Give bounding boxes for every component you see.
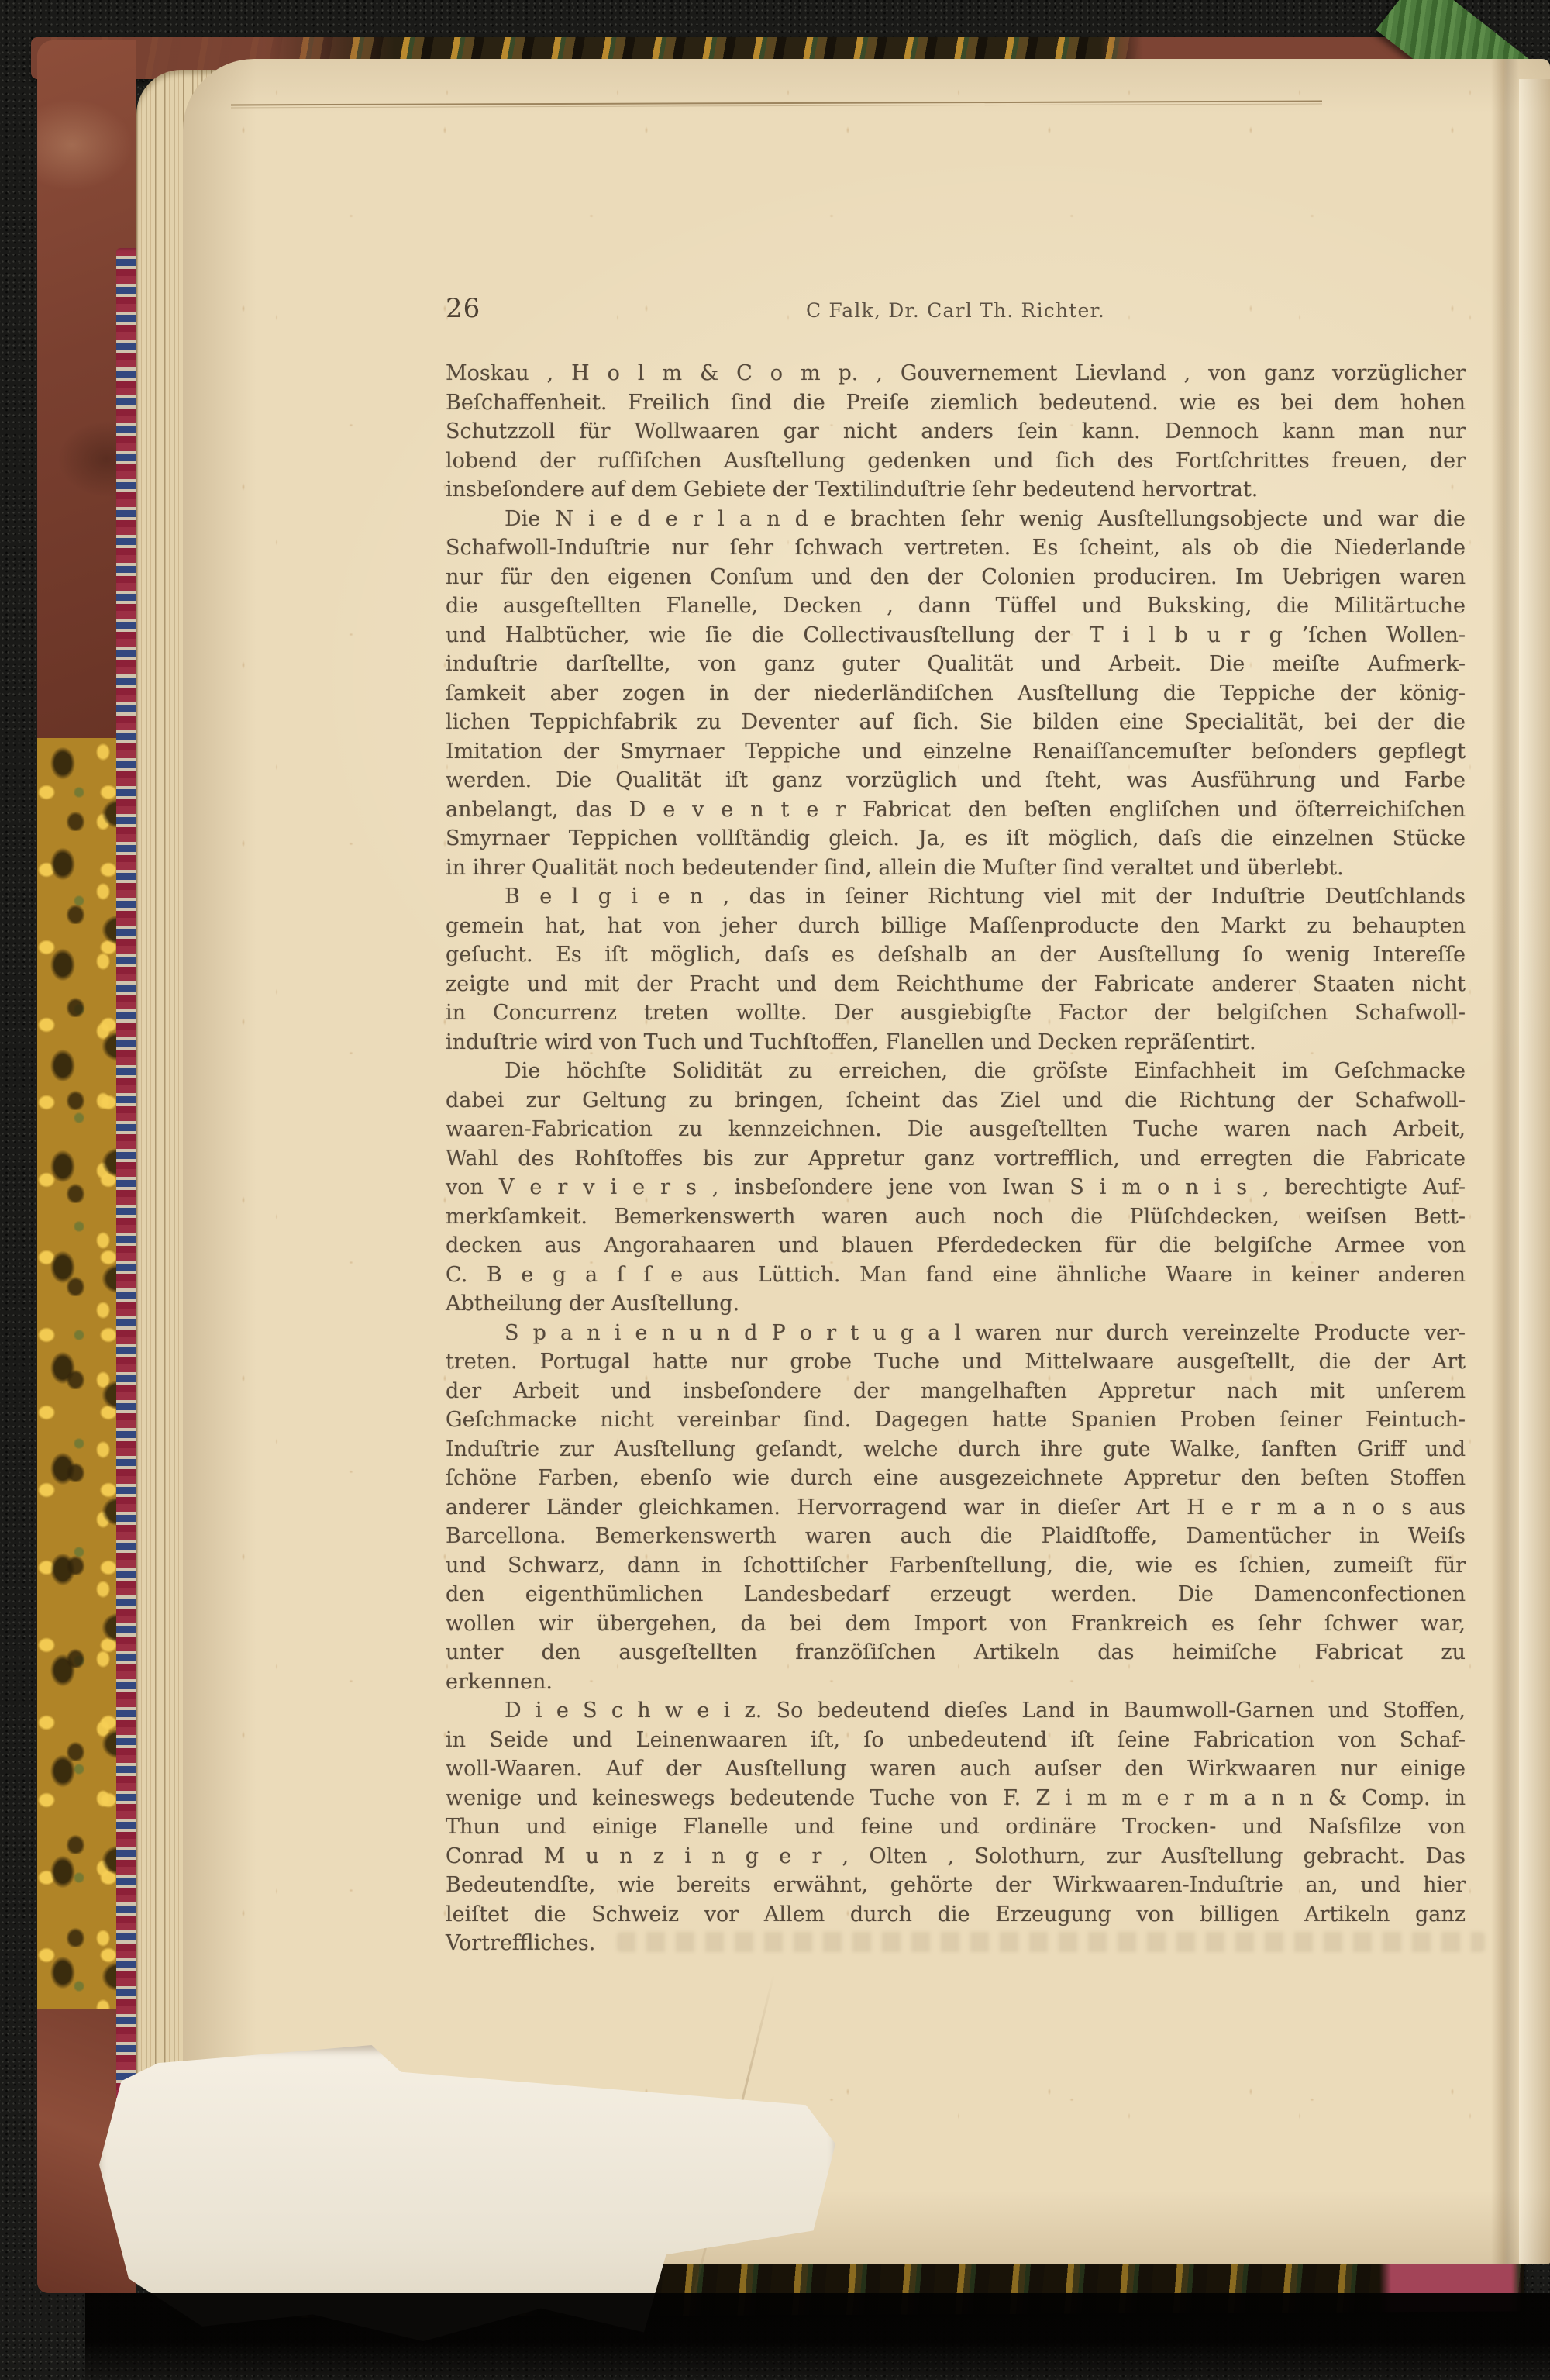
text-line: waaren-Fabrication zu kennzeichnen. Die …	[446, 1115, 1466, 1144]
text-line: merkſamkeit. Bemerkenswerth waren auch n…	[446, 1202, 1466, 1232]
text-line: geſucht. Es iſt möglich, daſs es deſshal…	[446, 940, 1466, 970]
text-line: Barcellona. Bemerkenswerth waren auch di…	[446, 1522, 1466, 1551]
text-line: erkennen.	[446, 1668, 1466, 1697]
text-line: induſtrie darſtellte, von ganz guter Qua…	[446, 650, 1466, 679]
text-line: Moskau , H o l m & C o m p. , Gouverneme…	[446, 359, 1466, 388]
text-line: ſamkeit aber zogen in der niederländiſch…	[446, 679, 1466, 709]
text-line: ſchöne Farben, ebenſo wie durch eine aus…	[446, 1464, 1466, 1493]
text-line: leiſtet die Schweiz vor Allem durch die …	[446, 1900, 1466, 1930]
text-line: woll-Waaren. Auf der Ausſtellung waren a…	[446, 1754, 1466, 1784]
text-line: C. B e g a ſ ſ e aus Lüttich. Man fand e…	[446, 1261, 1466, 1290]
text-block: Moskau , H o l m & C o m p. , Gouverneme…	[446, 359, 1466, 1958]
text-line: Abtheilung der Ausſtellung.	[446, 1289, 1466, 1319]
text-line: insbeſondere auf dem Gebiete der Textili…	[446, 475, 1466, 505]
text-line: Bedeutendſte, wie bereits erwähnt, gehör…	[446, 1871, 1466, 1900]
text-line: decken aus Angorahaaren und blauen Pferd…	[446, 1231, 1466, 1261]
page-right-edge	[1519, 79, 1550, 2264]
text-line: Thun und einige Flanelle und feine und o…	[446, 1813, 1466, 1842]
text-line: Vortreffliches.	[446, 1929, 1466, 1958]
text-line: Imitation der Smyrnaer Teppiche und einz…	[446, 737, 1466, 767]
text-line: in Seide und Leinenwaaren iſt, ſo unbede…	[446, 1726, 1466, 1755]
page-top-edge-line	[231, 101, 1322, 109]
text-line: Beſchaffenheit. Freilich ſind die Preiſe…	[446, 388, 1466, 418]
text-line: der Arbeit und insbeſondere der mangelha…	[446, 1377, 1466, 1406]
text-line: die ausgeſtellten Flanelle, Decken , dan…	[446, 592, 1466, 621]
text-line: Schafwoll-Induſtrie nur ſehr ſchwach ver…	[446, 533, 1466, 563]
text-line: nur für den eigenen Conſum und den der C…	[446, 563, 1466, 592]
running-head: C Falk, Dr. Carl Th. Richter.	[446, 299, 1466, 322]
text-line: unter den ausgeſtellten franzöſiſchen Ar…	[446, 1638, 1466, 1668]
text-line: Conrad M u n z i n g e r , Olten , Solot…	[446, 1842, 1466, 1871]
text-line: treten. Portugal hatte nur grobe Tuche u…	[446, 1347, 1466, 1377]
text-line: werden. Die Qualität iſt ganz vorzüglich…	[446, 766, 1466, 795]
text-line: lichen Teppichfabrik zu Deventer auf ſic…	[446, 708, 1466, 737]
text-line: und Halbtücher, wie ſie die Collectivaus…	[446, 621, 1466, 650]
text-line: in ihrer Qualität noch bedeutender ſind,…	[446, 854, 1466, 883]
text-line: induſtrie wird von Tuch und Tuchſtoffen,…	[446, 1028, 1466, 1057]
text-line: Induſtrie zur Ausſtellung geſandt, welch…	[446, 1435, 1466, 1464]
text-line: zeigte und mit der Pracht und dem Reicht…	[446, 970, 1466, 999]
text-line: dabei zur Geltung zu bringen, ſcheint da…	[446, 1086, 1466, 1116]
page-vertical-crease	[1491, 59, 1519, 2264]
text-line: B e l g i e n , das in ſeiner Richtung v…	[446, 882, 1466, 912]
text-line: D i e S c h w e i z. So bedeutend dieſes…	[446, 1696, 1466, 1726]
text-line: in Concurrenz treten wollte. Der ausgieb…	[446, 999, 1466, 1028]
text-line: wenige und keineswegs bedeutende Tuche v…	[446, 1784, 1466, 1813]
text-line: wollen wir übergehen, da bei dem Import …	[446, 1609, 1466, 1639]
text-line: anbelangt, das D e v e n t e r Fabricat …	[446, 795, 1466, 825]
bottom-shadow	[85, 2293, 1550, 2380]
text-line: S p a n i e n u n d P o r t u g a l ware…	[446, 1319, 1466, 1348]
text-line: anderer Länder gleichkamen. Hervorragend…	[446, 1493, 1466, 1523]
text-line: den eigenthümlichen Landesbedarf erzeugt…	[446, 1580, 1466, 1609]
text-line: und Schwarz, dann in ſchottiſcher Farben…	[446, 1551, 1466, 1581]
text-line: Smyrnaer Teppichen vollſtändig gleich. J…	[446, 824, 1466, 854]
text-line: Die N i e d e r l a n d e brachten ſehr …	[446, 505, 1466, 534]
text-line: von V e r v i e r s , insbeſondere jene …	[446, 1173, 1466, 1202]
page-header: 26 C Falk, Dr. Carl Th. Richter.	[446, 293, 1466, 327]
text-line: Schutzzoll für Wollwaaren gar nicht ande…	[446, 417, 1466, 447]
text-line: Wahl des Rohſtoffes bis zur Appretur gan…	[446, 1144, 1466, 1174]
text-line: Die höchſte Solidität zu erreichen, die …	[446, 1057, 1466, 1086]
text-line: Geſchmacke nicht vereinbar ſind. Dagegen…	[446, 1406, 1466, 1435]
text-line: gemein hat, hat von jeher durch billige …	[446, 912, 1466, 941]
text-line: lobend der ruſſiſchen Ausſtellung gedenk…	[446, 447, 1466, 476]
